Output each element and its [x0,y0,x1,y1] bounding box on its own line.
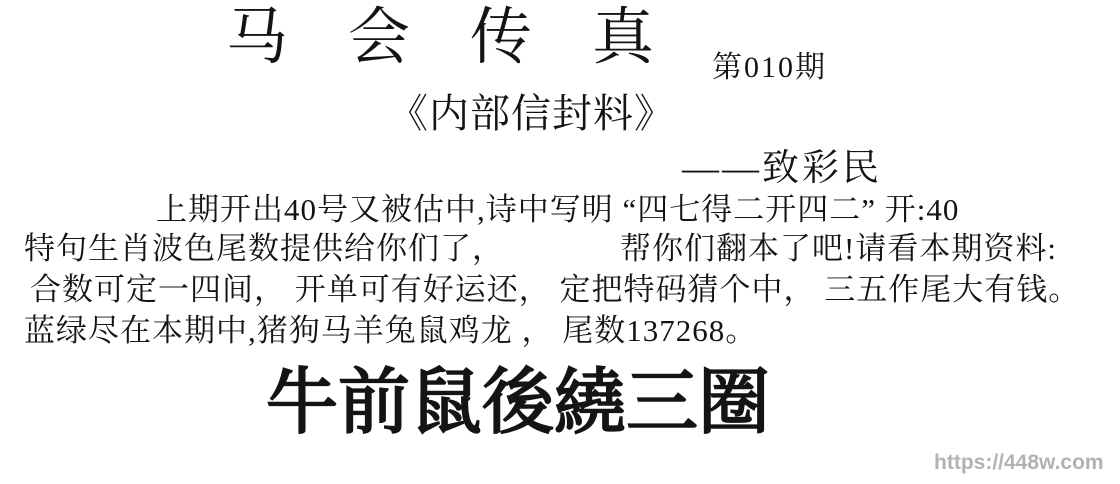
fax-document: 马会传真 第010期 《内部信封料》 ——致彩民 上期开出40号又被估中,诗中写… [0,0,1120,484]
body-line-2: 特句生肖波色尾数提供给你们了， 帮你们翻本了吧!请看本期资料: [0,230,1120,270]
issue-number: 第010期 [712,42,827,86]
body-line-2-left: 特句生肖波色尾数提供给你们了， [24,230,504,269]
page-title: 马会传真 [226,4,714,72]
body-line-1: 上期开出40号又被估中,诗中写明 “四七得二开四二” 开:40 [156,191,959,230]
subtitle: 《内部信封料》 [388,82,675,139]
watermark-url: https://448w.com [934,451,1104,475]
body-line-2-right: 帮你们翻本了吧!请看本期资料: [620,230,1057,269]
body-line-3: 合数可定一四间， 开单可有好运还， 定把特码猜个中， 三五作尾大有钱。 [30,271,1080,310]
dedication-line: ——致彩民 [682,137,882,191]
prediction-text: 牛前鼠後繞三圈 [266,366,770,442]
body-line-4: 蓝绿尽在本期中,猪狗马羊兔鼠鸡龙 ， 尾数137268。 [24,312,757,351]
